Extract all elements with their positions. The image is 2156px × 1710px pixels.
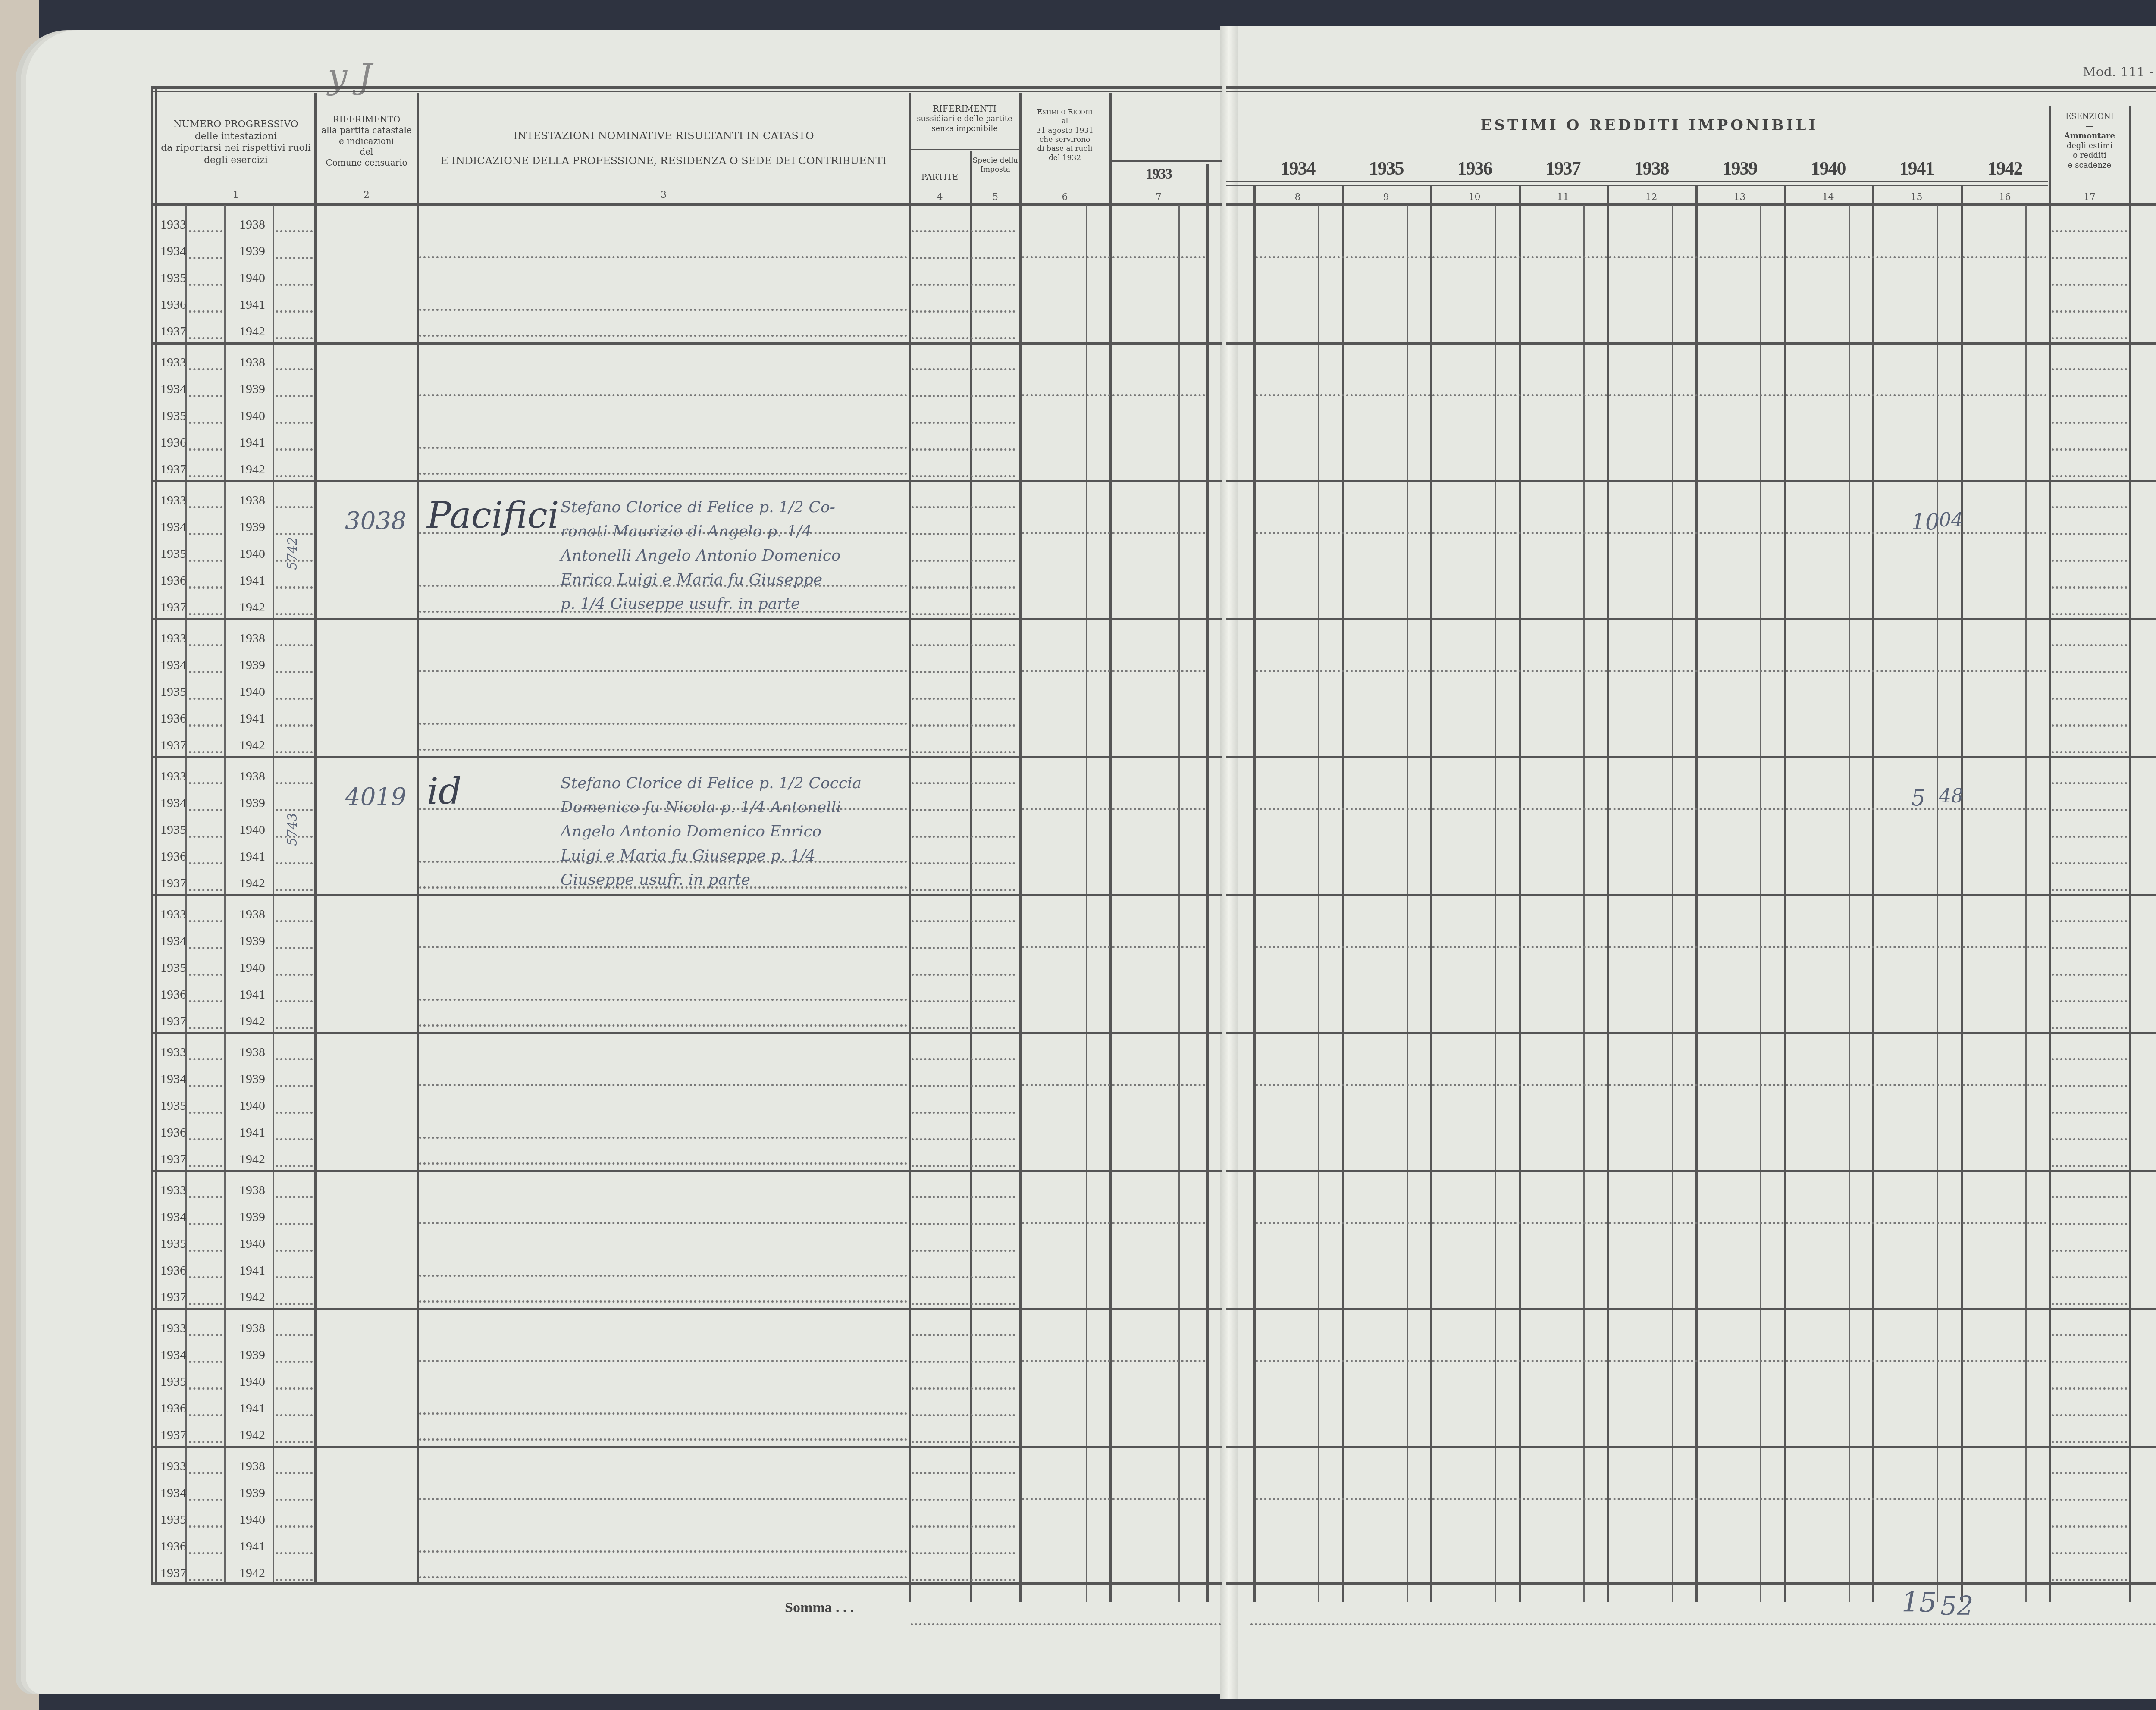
side-mark: 5742: [285, 537, 300, 570]
year-label: 1941: [239, 987, 265, 1002]
col-num: 8: [1255, 192, 1340, 203]
year-label: 1937: [160, 1290, 186, 1305]
year-header: 1936: [1432, 157, 1517, 179]
col-num: 14: [1786, 192, 1871, 203]
year-label: 1940: [239, 823, 265, 837]
col-num: 9: [1344, 192, 1429, 203]
year-label: 1936: [160, 573, 186, 588]
year-label: 1940: [239, 1375, 265, 1389]
header-col2-title: RIFERIMENTO: [316, 114, 417, 125]
col-num-1: 1: [157, 190, 314, 200]
header-col5: Specie della Imposta: [971, 156, 1019, 175]
header-col2-line: alla partita catastale: [316, 125, 417, 136]
col-num: 10: [1432, 192, 1517, 203]
year-label: 1935: [160, 961, 186, 975]
year-label: 1941: [239, 298, 265, 312]
header-col4: PARTITE: [910, 172, 970, 183]
col-num-2: 2: [316, 190, 417, 200]
year-label: 1939: [239, 382, 265, 397]
year-label: 1936: [160, 1401, 186, 1416]
year-label: 1936: [160, 1539, 186, 1554]
header-col1-line: delle intestazioni: [157, 131, 314, 143]
col-num-4: 4: [910, 192, 970, 203]
year-label: 1933: [160, 355, 186, 370]
year-header: 1938: [1609, 157, 1694, 179]
year-label: 1942: [239, 1152, 265, 1167]
header-col6-line: al: [1020, 117, 1109, 126]
year-label: 1934: [160, 1072, 186, 1087]
year-label: 1939: [239, 934, 265, 949]
year-label: 1937: [160, 462, 186, 477]
year-label: 1933: [160, 769, 186, 784]
year-label: 1939: [239, 1486, 265, 1500]
year-label: 1942: [239, 324, 265, 339]
year-label: 1938: [239, 1183, 265, 1198]
year-label: 1936: [160, 849, 186, 864]
year-label: 1934: [160, 1210, 186, 1225]
year-label: 1935: [160, 409, 186, 423]
year-label: 1936: [160, 711, 186, 726]
year-label: 1941: [239, 1125, 265, 1140]
year-header: 1939: [1697, 157, 1782, 179]
year-label: 1938: [239, 1321, 265, 1336]
year-label: 1940: [239, 547, 265, 561]
value-1941-lire: 10: [1911, 509, 1940, 535]
somma-1941-lire: 15: [1902, 1587, 1937, 1619]
year-label: 1937: [160, 1566, 186, 1581]
header-col17-line: Ammontare: [2050, 132, 2129, 141]
value-1941-cent: 48: [1939, 785, 1963, 807]
header-col6-line: che servirono: [1020, 135, 1109, 144]
year-label: 1935: [160, 1513, 186, 1527]
surname: Pacifici: [427, 494, 559, 536]
header-col3: INTESTAZIONI NOMINATIVE RISULTANTI IN CA…: [418, 129, 909, 167]
year-label: 1935: [160, 1237, 186, 1251]
header-col17-line: e scadenze: [2050, 161, 2129, 171]
year-label: 1933: [160, 1183, 186, 1198]
year-label: 1941: [239, 711, 265, 726]
header-col2: RIFERIMENTO alla partita catastale e ind…: [316, 114, 417, 168]
year-label: 1933: [160, 1321, 186, 1336]
side-mark: 5743: [285, 813, 300, 846]
year-label: 1936: [160, 987, 186, 1002]
surname: id: [427, 770, 462, 812]
value-1941-lire: 5: [1911, 785, 1925, 811]
year-label: 1937: [160, 1014, 186, 1029]
col-num: 13: [1697, 192, 1782, 203]
year-label: 1934: [160, 658, 186, 673]
year-label: 1939: [239, 1072, 265, 1087]
year-label: 1938: [239, 493, 265, 508]
year-label: 1933: [160, 631, 186, 646]
year-label: 1935: [160, 547, 186, 561]
header-col17-line: o redditi: [2050, 151, 2129, 161]
year-label: 1942: [239, 1014, 265, 1029]
year-header: 1937: [1520, 157, 1605, 179]
year-label: 1942: [239, 1428, 265, 1443]
year-label: 1940: [239, 1513, 265, 1527]
col-num-5: 5: [971, 192, 1019, 203]
col-num: 12: [1609, 192, 1694, 203]
year-label: 1933: [160, 907, 186, 922]
owner-line: Luigi e Maria fu Giuseppe p. 1/4: [561, 847, 815, 864]
year-label: 1936: [160, 1263, 186, 1278]
owner-line: p. 1/4 Giuseppe usufr. in parte: [561, 595, 800, 613]
year-label: 1938: [239, 907, 265, 922]
year-label: 1933: [160, 1045, 186, 1060]
owner-line: Angelo Antonio Domenico Enrico: [561, 823, 821, 840]
header-col45-title: RIFERIMENTI: [910, 103, 1019, 114]
year-label: 1940: [239, 409, 265, 423]
year-label: 1938: [239, 1045, 265, 1060]
year-label: 1933: [160, 493, 186, 508]
header-col1: NUMERO PROGRESSIVO delle intestazioni da…: [157, 119, 314, 166]
year-label: 1937: [160, 600, 186, 615]
header-col1-title: NUMERO PROGRESSIVO: [157, 119, 314, 131]
col-num-18: 18: [2130, 192, 2156, 203]
year-header: 1940: [1786, 157, 1871, 179]
year-label: 1942: [239, 600, 265, 615]
year-label: 1935: [160, 271, 186, 285]
year-label: 1941: [239, 1539, 265, 1554]
partita-number: 3038: [345, 507, 407, 535]
header-col2-line: del: [316, 147, 417, 157]
year-label: 1941: [239, 849, 265, 864]
year-label: 1933: [160, 1459, 186, 1474]
header-col2-line: Comune censuario: [316, 157, 417, 168]
year-label: 1934: [160, 382, 186, 397]
year-label: 1936: [160, 298, 186, 312]
header-col45: RIFERIMENTI sussidiari e delle partite s…: [910, 103, 1019, 134]
header-col17-title: ESENZIONI: [2050, 112, 2129, 122]
estimi-group-title: ESTIMI O REDDITI IMPONIBILI: [1250, 116, 2048, 135]
year-label: 1937: [160, 738, 186, 753]
year-label: 1936: [160, 435, 186, 450]
year-label: 1939: [239, 1348, 265, 1362]
year-label: 1942: [239, 1566, 265, 1581]
owner-line: Giuseppe usufr. in parte: [561, 871, 750, 889]
year-label: 1941: [239, 1401, 265, 1416]
year-label: 1939: [239, 658, 265, 673]
year-label: 1939: [239, 796, 265, 811]
year-label: 1935: [160, 823, 186, 837]
owner-line: Stefano Clorice di Felice p. 1/2 Co-: [561, 498, 835, 516]
year-label: 1935: [160, 1375, 186, 1389]
partita-number: 4019: [345, 783, 407, 811]
header-col17-line: degli estimi: [2050, 141, 2129, 151]
owner-line: Enrico Luigi e Maria fu Giuseppe: [561, 571, 822, 589]
somma-1941-cent: 52: [1940, 1591, 1973, 1621]
year-label: 1937: [160, 1428, 186, 1443]
header-col45-line: sussidiari e delle partite: [910, 114, 1019, 124]
year-label: 1936: [160, 1125, 186, 1140]
header-col6-line: 31 agosto 1931: [1020, 126, 1109, 135]
somma-label: Somma . . .: [785, 1600, 854, 1616]
year-label: 1938: [239, 631, 265, 646]
form-model-label: Mod. 111 - Imposte Dirette (Intercalare)…: [2083, 65, 2156, 80]
year-label: 1938: [239, 217, 265, 232]
col-num-3: 3: [418, 190, 909, 200]
header-col7-year: 1933: [1111, 166, 1206, 182]
col-num: 16: [1962, 192, 2047, 203]
header-col18: ANNOTAZIONI: [2130, 142, 2156, 157]
year-label: 1939: [239, 1210, 265, 1225]
year-label: 1939: [239, 244, 265, 259]
year-label: 1935: [160, 685, 186, 699]
header-col6: Estimi o Redditi al 31 agosto 1931 che s…: [1020, 108, 1109, 163]
header-col6-line: di base ai ruoli: [1020, 144, 1109, 153]
year-label: 1939: [239, 520, 265, 535]
header-col1-line: da riportarsi nei rispettivi ruoli: [157, 142, 314, 154]
col-num-17: 17: [2050, 192, 2129, 203]
year-header: 1941: [1874, 157, 1959, 179]
year-label: 1934: [160, 1348, 186, 1362]
year-label: 1940: [239, 961, 265, 975]
col-num-7: 7: [1111, 192, 1206, 203]
year-label: 1942: [239, 876, 265, 891]
year-label: 1935: [160, 1099, 186, 1113]
header-col2-line: e indicazioni: [316, 136, 417, 147]
year-label: 1940: [239, 271, 265, 285]
year-label: 1934: [160, 1486, 186, 1500]
year-label: 1934: [160, 244, 186, 259]
year-label: 1937: [160, 1152, 186, 1167]
header-col1-line: degli esercizi: [157, 154, 314, 166]
year-label: 1940: [239, 1099, 265, 1113]
year-label: 1940: [239, 685, 265, 699]
col-num: 15: [1874, 192, 1959, 203]
owner-line: Domenico fu Nicola p. 1/4 Antonelli: [561, 799, 841, 816]
col-num: 11: [1520, 192, 1605, 203]
year-label: 1938: [239, 1459, 265, 1474]
value-1941-cent: 04: [1939, 509, 1963, 531]
year-label: 1941: [239, 435, 265, 450]
year-label: 1941: [239, 1263, 265, 1278]
year-header: 1935: [1344, 157, 1429, 179]
header-col3-subtitle: E INDICAZIONE DELLA PROFESSIONE, RESIDEN…: [418, 154, 909, 167]
year-label: 1942: [239, 462, 265, 477]
year-header: 1934: [1255, 157, 1340, 179]
header-col17: ESENZIONI — Ammontare degli estimi o red…: [2050, 112, 2129, 170]
owner-line: Stefano Clorice di Felice p. 1/2 Coccia: [561, 774, 862, 792]
year-label: 1934: [160, 520, 186, 535]
col-num-6: 6: [1020, 192, 1109, 203]
year-label: 1937: [160, 324, 186, 339]
year-label: 1938: [239, 769, 265, 784]
year-label: 1938: [239, 355, 265, 370]
year-label: 1937: [160, 876, 186, 891]
year-header: 1942: [1962, 157, 2047, 179]
year-label: 1942: [239, 738, 265, 753]
year-label: 1934: [160, 796, 186, 811]
year-label: 1941: [239, 573, 265, 588]
year-label: 1934: [160, 934, 186, 949]
owner-line: ronati Maurizio di Angelo p. 1/4: [561, 523, 812, 540]
year-label: 1942: [239, 1290, 265, 1305]
year-label: 1940: [239, 1237, 265, 1251]
year-label: 1933: [160, 217, 186, 232]
owner-line: Antonelli Angelo Antonio Domenico: [561, 547, 841, 564]
header-col6-line: del 1932: [1020, 153, 1109, 163]
header-col17-dash: —: [2050, 122, 2129, 132]
header-col45-line: senza imponibile: [910, 124, 1019, 134]
header-col6-title: Estimi o Redditi: [1020, 108, 1109, 117]
header-col3-title: INTESTAZIONI NOMINATIVE RISULTANTI IN CA…: [418, 129, 909, 142]
